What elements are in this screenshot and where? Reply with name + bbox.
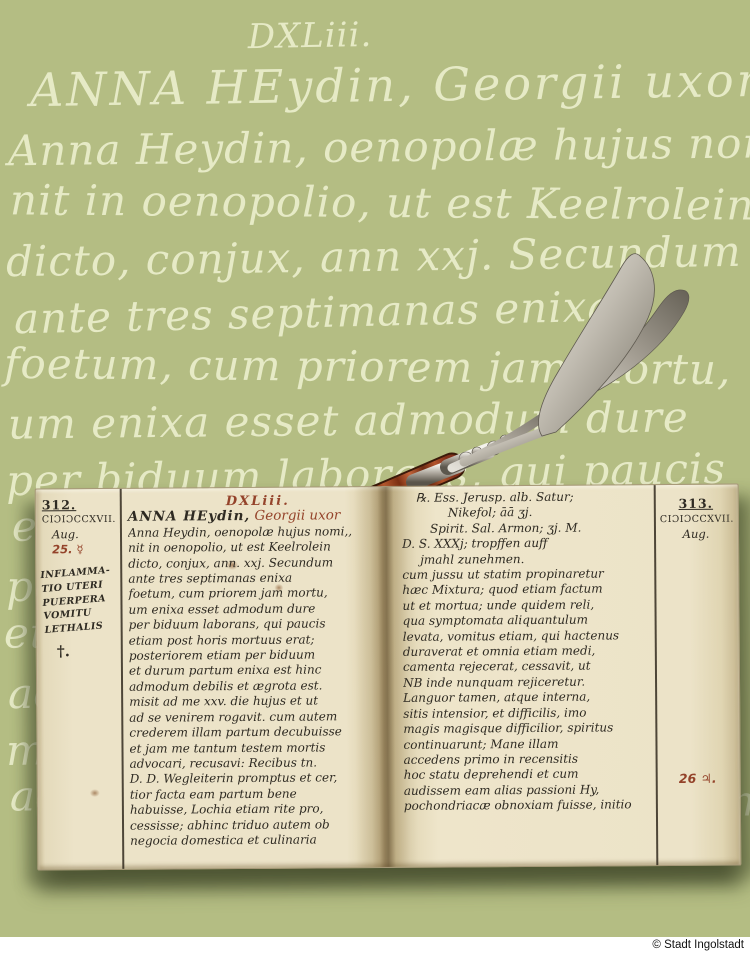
manuscript-line: hoc statu deprehendi et cum [404,766,652,783]
margin-month: Aug. [660,525,732,542]
manuscript-line: qua symptomata aliquantulum [403,612,651,629]
script-line: foetum, cum priorem jam mortu, [4,339,732,394]
manuscript-line: NB inde nunquam rejiceretur. [403,674,651,691]
left-margin: 312. CIƆIƆCCXVII. Aug. 25. ☿ INFLAMMA- T… [42,497,119,661]
script-line: dicto, conjux, ann xxj. Secundum [6,227,742,286]
left-page-text: DXLiii. ANNA HEydin, Georgii uxor Anna H… [128,493,390,849]
manuscript-line: posteriorem etiam per biduum [129,647,389,664]
manuscript-line: nit in oenopolio, ut est Keelrolein [128,539,388,556]
manuscript-line: per biduum laborans, qui paucis [129,616,389,633]
manuscript-line: ad se venirem rogavit. cum autem [129,709,389,726]
manuscript-line: advocari, recusavi: Recibus tn. [130,755,390,772]
manuscript-line: magis magisque difficilior, spiritus [403,720,651,737]
manuscript-line: cessisse; abhinc triduo autem ob [130,817,390,834]
manuscript-line: D. D. Wegleiterin promptus et cer, [130,770,390,787]
script-line: ANNA HEydin, Georgii uxor [30,53,750,117]
manuscript-line: foetum, cum priorem jam mortu, [128,585,388,602]
manuscript-line: et durum partum enixa est hinc [129,662,389,679]
right-page-text: ℞. Ess. Jerusp. alb. Satur; Nikefol; āā … [402,489,652,814]
manuscript-line: cum jussu ut statim propinaretur [402,566,650,583]
script-line: um enixa esset admodum dure [8,392,689,448]
manuscript-line: hæc Mixtura; quod etiam factum [402,582,650,599]
manuscript-line: Anna Heydin, oenopolæ hujus nomi,, [128,524,388,541]
manuscript-line: duraverat et omnia etiam medi, [403,643,651,660]
margin-year: CIƆIƆCCXVII. [42,514,118,527]
manuscript-line: et jam me tantum testem mortis [129,739,389,756]
manuscript-line: misit ad me xxv. die hujus et ut [129,693,389,710]
manuscript-line: ante tres septimanas enixa [128,570,388,587]
script-line: Anna Heydin, oenopolæ hujus nomi,, [8,118,750,176]
manuscript-book: 312. CIƆIƆCCXVII. Aug. 25. ☿ INFLAMMA- T… [35,484,742,871]
manuscript-line: camenta rejecerat, cessavit, ut [403,659,651,676]
margin-day-note: 26 ♃. [662,771,734,787]
right-page-number: 313. [660,495,732,513]
margin-year: CIƆIƆCCXVII. [660,512,732,526]
patient-relation: Georgii uxor [250,508,340,525]
right-margin-rule [654,485,659,865]
margin-diagnosis: INFLAMMA- TIO UTERI PUERPERA VOMITU LETH… [40,563,121,637]
manuscript-line: tior facta eam partum bene [130,786,390,803]
copyright-credit: © Stadt Ingolstadt [652,939,744,951]
right-margin: 313. CIƆIƆCCXVII. Aug. [660,495,732,542]
manuscript-line: ut et mortua; unde quidem reli, [402,597,650,614]
manuscript-line: audissem eam alias passioni Hy, [404,782,652,799]
script-line: nit in oenopolio, ut est Keelrolein [10,175,750,229]
manuscript-line: accedens primo in recensitis [404,751,652,768]
script-line: ante tres septimanas enixa [14,282,614,344]
manuscript-line: habuisse, Lochia etiam rite pro, [130,801,390,818]
recipe-line: D. S. XXXj; tropffen auff [402,535,650,552]
patient-name: ANNA HEydin, [128,508,250,525]
recipe-line: Nikefol; āā ʒj. [402,505,650,522]
manuscript-line: negocia domestica et culinaria [130,832,390,849]
margin-month: Aug. [42,527,118,543]
manuscript-line: um enixa esset admodum dure [128,601,388,618]
script-heading: DXLiii. [0,11,620,62]
margin-day: 25. ☿ [42,542,118,558]
manuscript-line: pochondriacæ obnoxiam fuisse, initio [404,797,652,814]
composite-photo: DXLiii. ANNA HEydin, Georgii uxor Anna H… [0,0,750,966]
left-page-number: 312. [42,497,118,514]
left-margin-rule [120,489,125,869]
ink-spot [90,789,100,797]
death-cross: †. [57,640,119,661]
recipe-line: ℞. Ess. Jerusp. alb. Satur; [402,489,650,506]
manuscript-line: dicto, conjux, ann. xxj. Secundum [128,555,388,572]
recipe-line: jmahl zunehmen. [402,551,650,568]
manuscript-line: Languor tamen, atque interna, [403,689,651,706]
manuscript-line: etiam post horis mortuus erat; [129,632,389,649]
manuscript-line: continuarunt; Mane illam [403,736,651,753]
manuscript-line: sitis intensior, et difficilis, imo [403,705,651,722]
manuscript-line: admodum debilis et ægrota est. [129,678,389,695]
manuscript-line: levata, vomitus etiam, qui hactenus [403,628,651,645]
recipe-line: Spirit. Sal. Armon; ʒj. M. [402,520,650,537]
manuscript-line: crederem illam partum decubuisse [129,724,389,741]
